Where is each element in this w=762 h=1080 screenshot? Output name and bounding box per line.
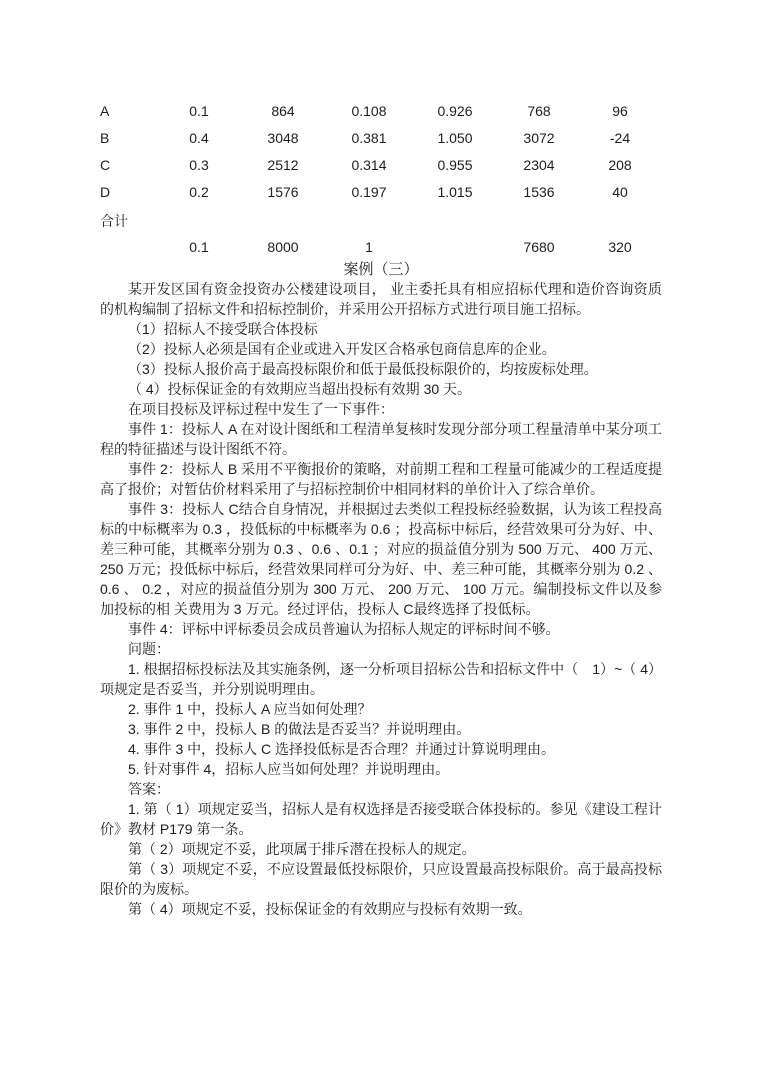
value-cell: 2512 (238, 151, 328, 178)
value-cell: 0.108 (328, 97, 410, 124)
value-cell: 864 (238, 97, 328, 124)
question-4: 4. 事件 3 中，投标人 C 选择投低标是否合理？并通过计算说明理由。 (100, 739, 662, 759)
value-cell: 0.1 (160, 97, 238, 124)
answer-4: 第（ 4）项规定不妥，投标保证金的有效期应与投标有效期一致。 (100, 899, 662, 919)
provision-2: （2）投标人必须是国有企业或进入开发区合格承包商信息库的企业。 (100, 339, 662, 359)
value-cell: 1576 (238, 178, 328, 205)
value-cell: 0.381 (328, 124, 410, 151)
value-cell: 208 (578, 151, 662, 178)
value-cell: 1.050 (410, 124, 500, 151)
questions-label: 问题： (100, 639, 662, 659)
table-row-c: C 0.3 2512 0.314 0.955 2304 208 (100, 151, 662, 178)
bidder-cell: D (100, 178, 160, 205)
intro-paragraph: 某开发区国有资金投资办公楼建设项目， 业主委托具有相应招标代理和造价咨询资质的机… (100, 279, 662, 319)
value-cell: 3048 (238, 124, 328, 151)
provision-1: （1）招标人不接受联合体投标 (100, 319, 662, 339)
value-cell: 0.197 (328, 178, 410, 205)
event-1: 事件 1：投标人 A 在对设计图纸和工程清单复核时发现分部分项工程量清单中某分项… (100, 419, 662, 459)
event-3: 事件 3：投标人 C结合自身情况，并根据过去类似工程投标经验数据，认为该工程投高… (100, 499, 662, 619)
answer-3: 第（ 3）项规定不妥，不应设置最低投标限价，只应设置最高投标限价。高于最高投标限… (100, 859, 662, 899)
value-cell: 0.926 (410, 97, 500, 124)
value-cell: -24 (578, 124, 662, 151)
value-cell: 3072 (500, 124, 578, 151)
value-cell: 2304 (500, 151, 578, 178)
events-intro: 在项目投标及评标过程中发生了一下事件： (100, 399, 662, 419)
value-cell (410, 205, 500, 261)
total-label-cell: 合计 (100, 205, 160, 261)
case-heading: 案例（三） (100, 261, 662, 279)
value-cell: 1 (328, 205, 410, 261)
answer-2: 第（ 2）项规定不妥，此项属于排斥潜在投标人的规定。 (100, 839, 662, 859)
value-cell: 40 (578, 178, 662, 205)
event-2: 事件 2：投标人 B 采用不平衡报价的策略，对前期工程和工程量可能减少的工程适度… (100, 459, 662, 499)
value-cell: 96 (578, 97, 662, 124)
table-row-total: 合计 0.1 8000 1 7680 320 (100, 205, 662, 261)
value-cell: 0.4 (160, 124, 238, 151)
table-row-a: A 0.1 864 0.108 0.926 768 96 (100, 97, 662, 124)
table-row-d: D 0.2 1576 0.197 1.015 1536 40 (100, 178, 662, 205)
question-3: 3. 事件 2 中，投标人 B 的做法是否妥当？并说明理由。 (100, 719, 662, 739)
question-5: 5. 针对事件 4，招标人应当如何处理？并说明理由。 (100, 759, 662, 779)
value-cell: 0.2 (160, 178, 238, 205)
value-cell: 8000 (238, 205, 328, 261)
value-cell: 1.015 (410, 178, 500, 205)
event-4: 事件 4：评标中评标委员会成员普遍认为招标人规定的评标时间不够。 (100, 619, 662, 639)
value-cell: 0.1 (160, 205, 238, 261)
answer-1: 1. 第（ 1）项规定妥当，招标人是有权选择是否接受联合体投标的。参见《建设工程… (100, 799, 662, 839)
bidder-cell: B (100, 124, 160, 151)
question-2: 2. 事件 1 中，投标人 A 应当如何处理？ (100, 699, 662, 719)
value-cell: 7680 (500, 205, 578, 261)
bid-summary-table: A 0.1 864 0.108 0.926 768 96 B 0.4 3048 … (100, 97, 662, 261)
table-row-b: B 0.4 3048 0.381 1.050 3072 -24 (100, 124, 662, 151)
value-cell: 0.3 (160, 151, 238, 178)
value-cell: 768 (500, 97, 578, 124)
document-page: A 0.1 864 0.108 0.926 768 96 B 0.4 3048 … (0, 0, 762, 1080)
provision-4: （ 4）投标保证金的有效期应当超出投标有效期 30 天。 (100, 379, 662, 399)
value-cell: 320 (578, 205, 662, 261)
value-cell: 0.314 (328, 151, 410, 178)
value-cell: 1536 (500, 178, 578, 205)
value-cell: 0.955 (410, 151, 500, 178)
question-1: 1. 根据招标投标法及其实施条例，逐一分析项目招标公告和招标文件中（ 1）~（ … (100, 659, 662, 699)
bidder-cell: C (100, 151, 160, 178)
provision-3: （3）投标人报价高于最高投标限价和低于最低投标限价的，均按废标处理。 (100, 359, 662, 379)
answers-label: 答案： (100, 779, 662, 799)
bidder-cell: A (100, 97, 160, 124)
